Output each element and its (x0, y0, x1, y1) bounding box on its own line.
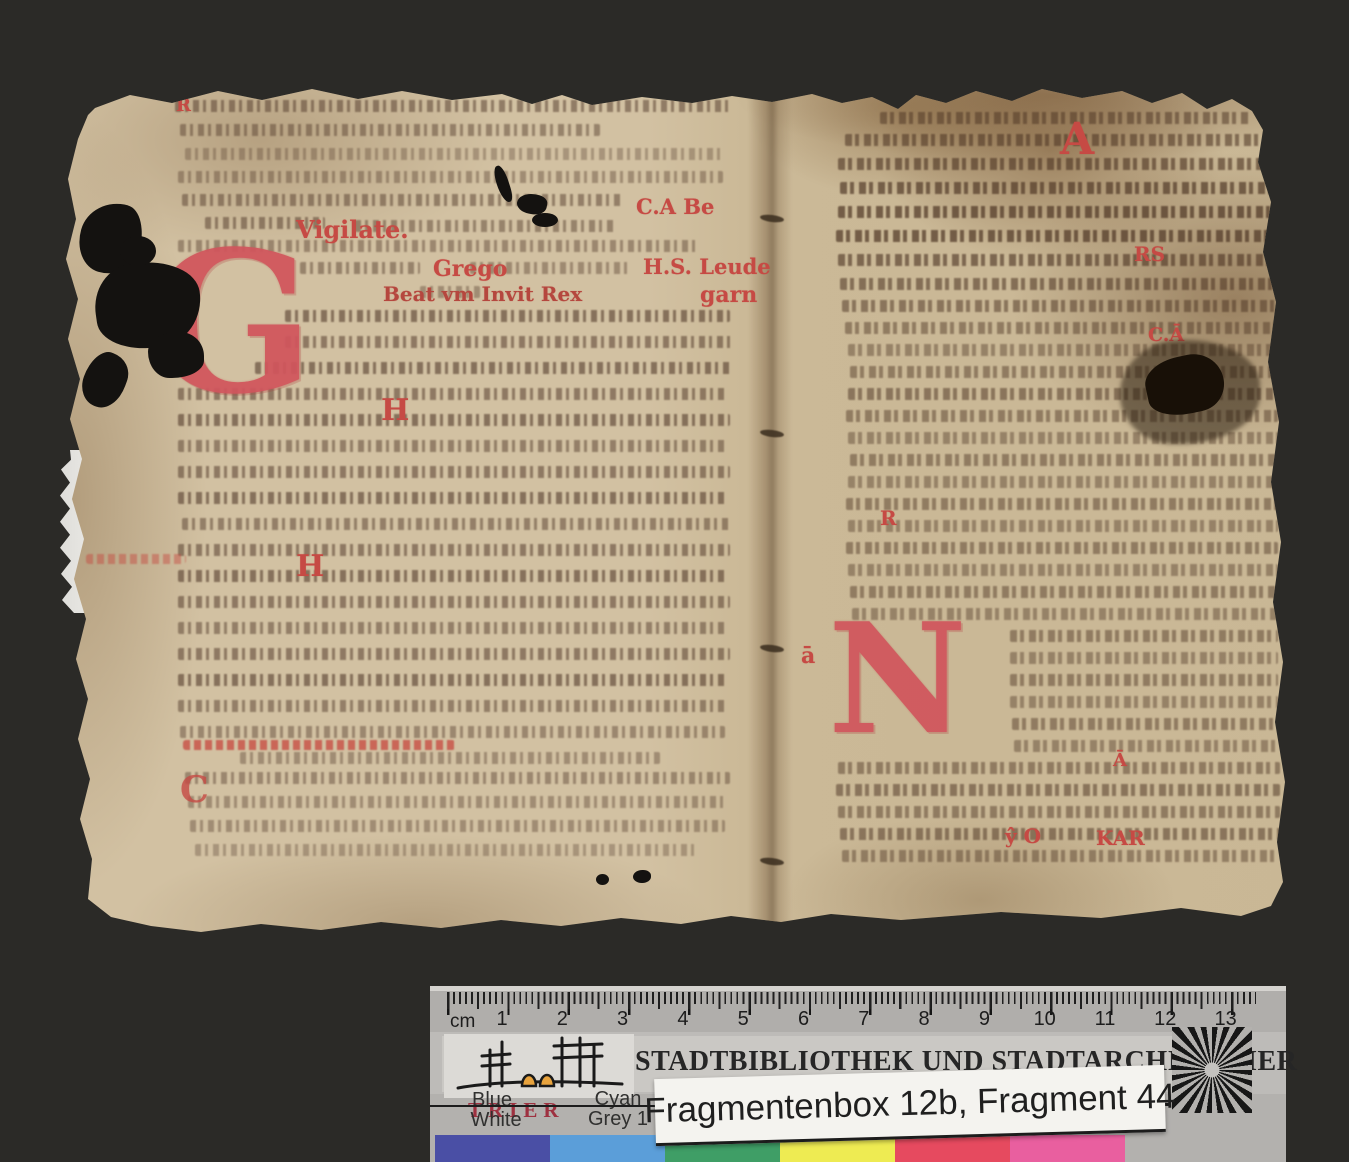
red-rubric-line (86, 554, 186, 564)
script-line (188, 796, 728, 808)
rubric-text: Grego (433, 258, 507, 280)
ruler-unit-label: cm (450, 1011, 475, 1033)
ruler-tick-label: 9 (979, 1008, 990, 1031)
script-line (848, 476, 1278, 488)
script-line (175, 100, 730, 112)
siemens-star-icon (1172, 1027, 1252, 1113)
script-line (848, 520, 1278, 532)
ink-hole (76, 347, 135, 414)
script-line (838, 806, 1280, 818)
color-patch (435, 1135, 550, 1162)
script-line (178, 648, 730, 660)
ink-hole (148, 332, 204, 378)
script-line (842, 300, 1282, 312)
ruler-tick-label: 8 (919, 1008, 930, 1031)
script-line (285, 310, 730, 322)
rubric-text: KAR (1096, 828, 1145, 848)
ruler-tick-label: 3 (617, 1008, 628, 1031)
ruler-tick-label: 7 (858, 1008, 869, 1031)
color-label-white: White (470, 1109, 521, 1132)
color-label-grey1: Grey 1 (588, 1108, 648, 1131)
worm-hole (633, 870, 651, 883)
script-line (838, 254, 1286, 266)
ruler-tick-label: 10 (1034, 1008, 1056, 1031)
script-line (180, 726, 725, 738)
ruler-tick-label: 4 (677, 1008, 688, 1031)
script-line (178, 171, 723, 183)
ink-stain (532, 213, 558, 227)
script-line (185, 772, 730, 784)
color-patch (895, 1135, 1010, 1162)
script-line (190, 820, 725, 832)
color-patch (1010, 1135, 1125, 1162)
script-line (1010, 674, 1278, 686)
script-line (178, 622, 728, 634)
ruler-tick-label: 5 (738, 1008, 749, 1031)
script-line (178, 674, 728, 686)
script-line (185, 148, 725, 160)
ruler-tick-label: 1 (496, 1008, 507, 1031)
script-line (182, 518, 730, 530)
script-line (1010, 630, 1278, 642)
rubric-text: ā (801, 645, 815, 667)
script-line (180, 124, 600, 136)
script-line (836, 784, 1280, 796)
script-line (842, 850, 1278, 862)
rubric-text: Vigilate. (296, 218, 409, 242)
photo-stage: G N R Vigilate. C.A Be Grego H.S. Leude … (0, 0, 1349, 1162)
script-line (838, 206, 1286, 218)
script-line (285, 336, 735, 348)
rubric-initial: C (180, 772, 209, 808)
rubric-initial: A (1060, 118, 1094, 162)
rubric-text: garn (700, 284, 757, 306)
ruler-tick-label: 11 (1095, 1008, 1116, 1031)
ruler (447, 992, 1256, 1016)
script-line (848, 564, 1278, 576)
script-line (178, 570, 728, 582)
rubric-text: RS (1134, 244, 1165, 264)
script-line (255, 362, 733, 374)
script-line (846, 498, 1278, 510)
script-line (240, 752, 660, 764)
script-line (850, 454, 1278, 466)
rubric-text: Ā (1113, 752, 1127, 770)
rubric-initial: H (381, 396, 409, 426)
rubric-text: H.S. Leude (643, 256, 771, 277)
rubric-initial: H (296, 552, 324, 582)
script-line (838, 158, 1278, 170)
script-line (300, 262, 420, 274)
illuminated-initial-n: N (828, 614, 967, 743)
script-line (178, 596, 730, 608)
script-line (178, 544, 730, 556)
script-line (840, 182, 1285, 194)
script-line (178, 466, 730, 478)
script-line (840, 278, 1285, 290)
ruler-tick-label: 6 (798, 1008, 809, 1031)
red-rubric-line (183, 740, 455, 750)
rubric-text: C.A Be (636, 196, 714, 217)
scale-card: cm 12345678910111213 (430, 986, 1286, 1162)
script-line (836, 230, 1286, 242)
rubric-text: R (176, 97, 191, 115)
ruler-tick-label: 2 (557, 1008, 568, 1031)
rubric-text: ŷ O (1005, 826, 1041, 846)
script-line (1010, 652, 1278, 664)
rubric-text: R (880, 508, 897, 528)
worm-hole (596, 874, 609, 885)
script-line (178, 700, 728, 712)
script-line (182, 194, 622, 206)
script-line (178, 440, 728, 452)
rubric-text: Beat vm Invit Rex (383, 284, 582, 304)
fragment-label-text: Fragmentenbox 12b, Fragment 44 (644, 1077, 1176, 1132)
script-line (840, 828, 1280, 840)
script-line (195, 844, 695, 856)
fragment-label: Fragmentenbox 12b, Fragment 44 (654, 1065, 1166, 1146)
script-line (846, 542, 1278, 554)
ink-hole (120, 236, 156, 266)
script-line (178, 492, 728, 504)
fold-crease (748, 84, 792, 937)
label-divider-line (430, 1105, 668, 1107)
script-line (1010, 696, 1278, 708)
color-patch (550, 1135, 665, 1162)
script-line (1014, 740, 1278, 752)
script-line (1012, 718, 1278, 730)
script-line (845, 322, 1280, 334)
